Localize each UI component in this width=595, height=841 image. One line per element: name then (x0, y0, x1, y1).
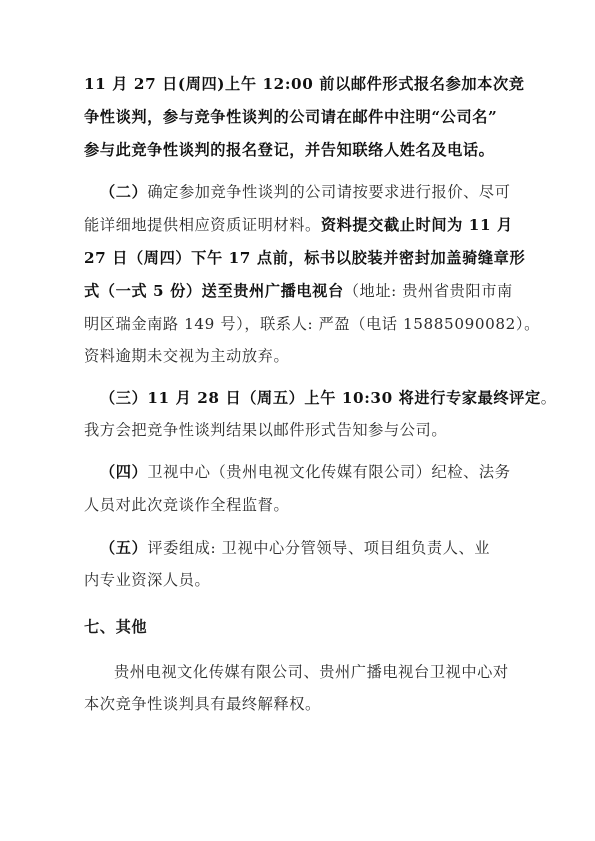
bold-text: 式（一式 5 份）送至贵州广播电视台 (84, 282, 344, 300)
plain-text: 我方会把竞争性谈判结果以邮件形式告知参与公司。 (84, 421, 447, 439)
item-number: （四） (100, 463, 147, 481)
contact-info: 明区瑞金南路 149 号），联系人: 严盈（电话 15885090082）。 (84, 315, 540, 333)
plain-text: 资料逾期未交视为主动放弃。 (84, 347, 289, 365)
text-line: 本次竞争性谈判具有最终解释权。 (84, 694, 524, 714)
plain-text: 评委组成: 卫视中心分管领导、项目组负责人、业 (147, 539, 490, 557)
text-line: 我方会把竞争性谈判结果以邮件形式告知参与公司。 (84, 420, 524, 440)
text-line: （三）11 月 28 日（周五）上午 10:30 将进行专家最终评定。 (100, 388, 540, 408)
plain-text: （地址: 贵州省贵阳市南 (344, 282, 513, 300)
text-line: 式（一式 5 份）送至贵州广播电视台（地址: 贵州省贵阳市南 (84, 281, 524, 301)
text-line: 明区瑞金南路 149 号），联系人: 严盈（电话 15885090082）。 (84, 314, 524, 334)
text-line: 11 月 27 日(周四)上午 12:00 前以邮件形式报名参加本次竞 (84, 74, 524, 94)
bold-text: 27 日（周四）下午 17 点前，标书以胶装并密封加盖骑缝章形 (84, 249, 525, 267)
bold-text: 资料提交截止时间为 11 月 (321, 216, 513, 234)
plain-text: 能详细地提供相应资质证明材料。 (84, 216, 321, 234)
plain-text: 本次竞争性谈判具有最终解释权。 (84, 695, 321, 713)
text-line: 能详细地提供相应资质证明材料。资料提交截止时间为 11 月 (84, 215, 524, 235)
text-line: 资料逾期未交视为主动放弃。 (84, 346, 524, 366)
text-line: 争性谈判，参与竞争性谈判的公司请在邮件中注明“公司名” (84, 107, 524, 127)
plain-text: 确定参加竞争性谈判的公司请按要求进行报价、尽可 (147, 183, 510, 201)
text-line: 27 日（周四）下午 17 点前，标书以胶装并密封加盖骑缝章形 (84, 248, 524, 268)
bold-text: 争性谈判，参与竞争性谈判的公司请在邮件中注明“公司名” (84, 108, 497, 126)
text-line: （四）卫视中心（贵州电视文化传媒有限公司）纪检、法务 (100, 462, 540, 482)
bold-text: （三）11 月 28 日（周五）上午 10:30 将进行专家最终评定 (100, 389, 541, 407)
item-number: （二） (100, 183, 147, 201)
bold-text: 参与此竞争性谈判的报名登记，并告知联络人姓名及电话。 (84, 141, 494, 159)
plain-text: 。 (541, 389, 557, 407)
document-page: 11 月 27 日(周四)上午 12:00 前以邮件形式报名参加本次竞 争性谈判… (0, 0, 595, 841)
text-line: 参与此竞争性谈判的报名登记，并告知联络人姓名及电话。 (84, 140, 524, 160)
text-line: 贵州电视文化传媒有限公司、贵州广播电视台卫视中心对 (114, 662, 554, 682)
bold-text: 11 月 27 日(周四)上午 12:00 前以邮件形式报名参加本次竞 (84, 75, 525, 93)
plain-text: 人员对此次竞谈作全程监督。 (84, 496, 289, 514)
text-line: 内专业资深人员。 (84, 570, 524, 590)
text-line: 人员对此次竞谈作全程监督。 (84, 495, 524, 515)
plain-text: 贵州电视文化传媒有限公司、贵州广播电视台卫视中心对 (114, 663, 509, 681)
plain-text: 内专业资深人员。 (84, 571, 210, 589)
text-line: （二）确定参加竞争性谈判的公司请按要求进行报价、尽可 (100, 182, 540, 202)
plain-text: 卫视中心（贵州电视文化传媒有限公司）纪检、法务 (147, 463, 510, 481)
section-heading: 七、其他 (84, 617, 524, 637)
item-number: （五） (100, 539, 147, 557)
text-line: （五）评委组成: 卫视中心分管领导、项目组负责人、业 (100, 538, 540, 558)
